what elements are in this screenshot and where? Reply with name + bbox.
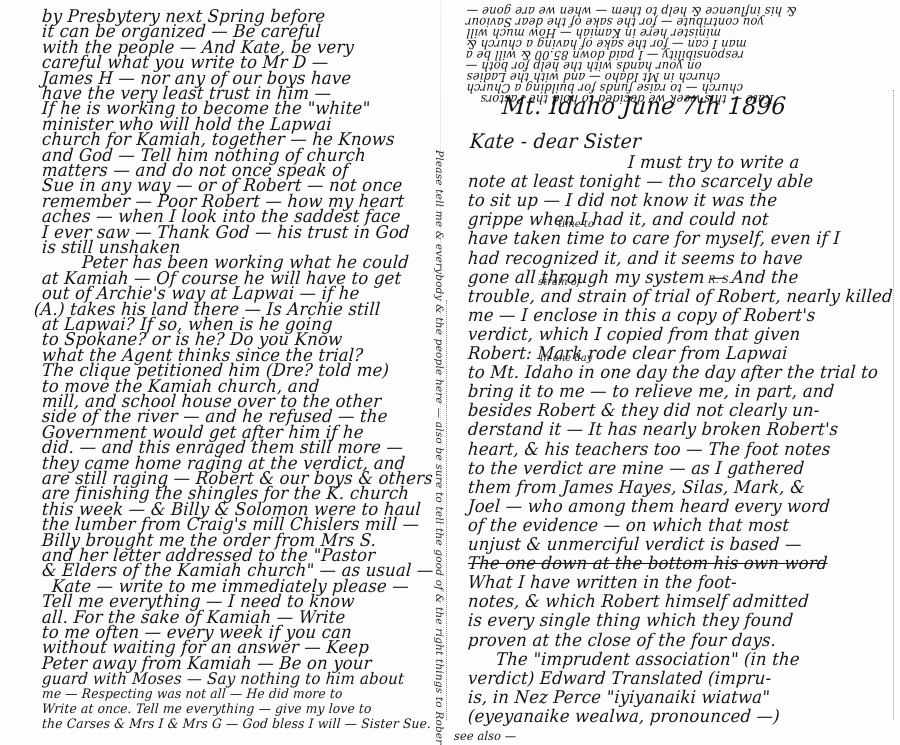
right-page: Mt. Idaho June 7th 1896 Kate - dear Sist… <box>440 0 900 745</box>
margin-note: Please tell me & everybody & the people … <box>432 150 446 730</box>
left-page-line: the Carses & Mrs I & Mrs G — God bless I… <box>41 714 431 736</box>
interlinear-insertion: R. S. <box>708 276 732 286</box>
left-page: by Presbytery next Spring beforeit can b… <box>0 0 440 745</box>
inverted-postscript: Kate — this week we decided to hold the … <box>460 6 890 106</box>
margin-bracket <box>446 300 457 720</box>
closing-fragment: see also — <box>453 725 517 745</box>
scan-edge <box>891 90 894 720</box>
interlinear-insertion: in one day <box>540 354 592 364</box>
inverted-line: & his influence & help to them — when we… <box>466 4 797 18</box>
salutation: Kate - dear Sister <box>469 130 642 152</box>
letter-page: by Presbytery next Spring beforeit can b… <box>0 0 900 745</box>
interlinear-insertion: strain of <box>538 278 580 288</box>
interlinear-insertion: time to <box>558 220 594 230</box>
